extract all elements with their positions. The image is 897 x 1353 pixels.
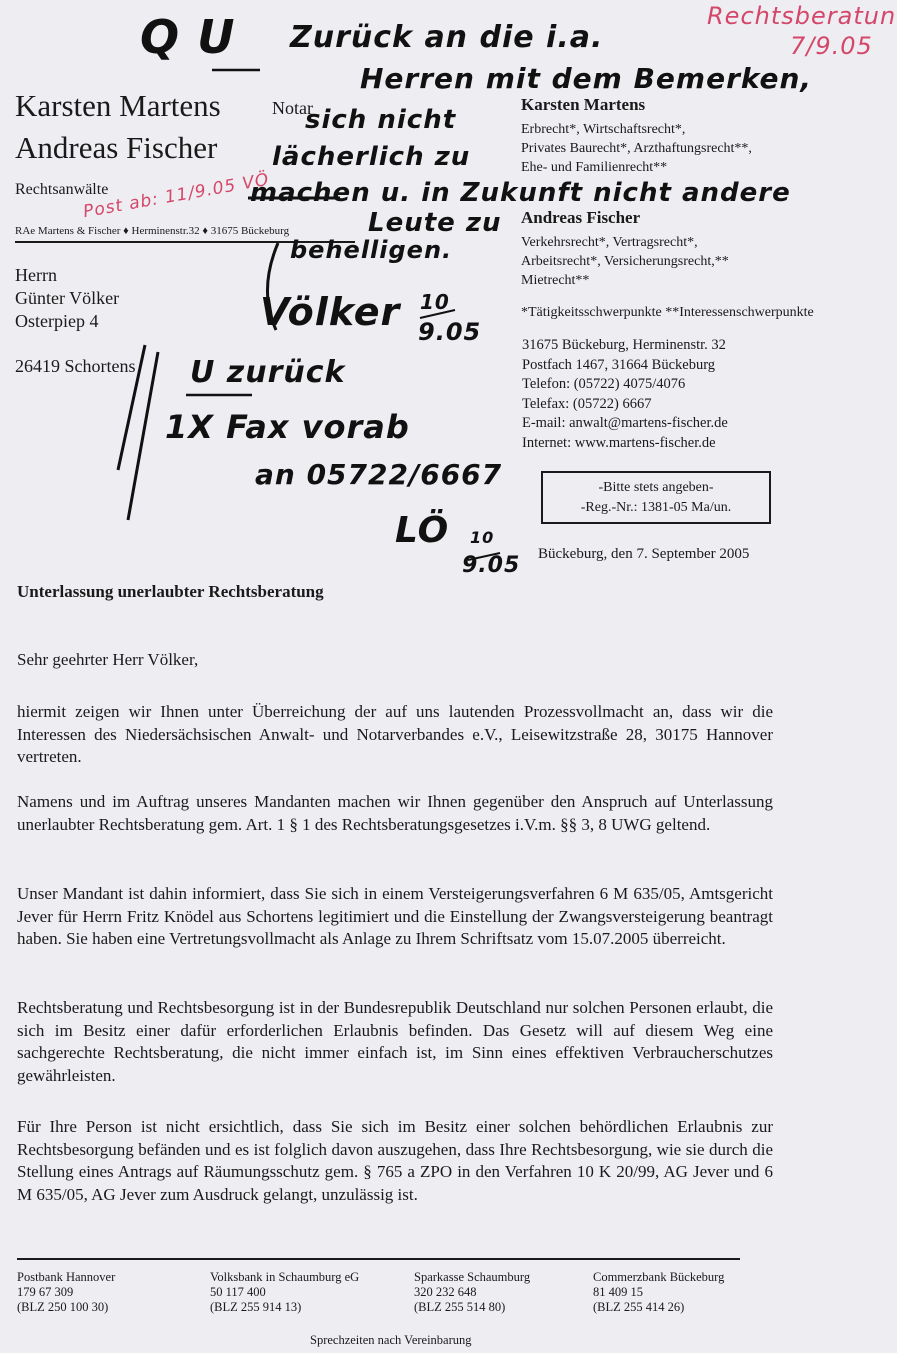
red-date-note: 7/9.05	[790, 32, 873, 60]
partner-area: Erbrecht*, Wirtschaftsrecht*,	[521, 120, 752, 139]
bank-account: 320 232 648	[414, 1285, 530, 1300]
bank-sparkasse: Sparkasse Schaumburg 320 232 648 (BLZ 25…	[414, 1270, 530, 1315]
bank-volksbank: Volksbank in Schaumburg eG 50 117 400 (B…	[210, 1270, 359, 1315]
handwritten-note: behelligen.	[290, 236, 452, 264]
recipient-name: Günter Völker	[15, 287, 136, 310]
recipient-city: 26419 Schortens	[15, 355, 136, 378]
partner-block-fischer: Andreas Fischer Verkehrsrecht*, Vertrags…	[521, 207, 729, 290]
bank-name: Postbank Hannover	[17, 1270, 115, 1285]
reference-box: -Bitte stets angeben- -Reg.-Nr.: 1381-05…	[541, 471, 771, 524]
partner-area: Verkehrsrecht*, Vertragsrecht*,	[521, 233, 729, 252]
signature-date-month: 9.05	[418, 318, 481, 346]
letter-subject: Unterlassung unerlaubter Rechtsberatung	[17, 582, 324, 602]
bank-blz: (BLZ 255 414 26)	[593, 1300, 724, 1315]
letter-date: Bückeburg, den 7. September 2005	[538, 546, 749, 563]
handwritten-instruction: 1X Fax vorab	[165, 408, 410, 446]
bank-name: Volksbank in Schaumburg eG	[210, 1270, 359, 1285]
bank-account: 50 117 400	[210, 1285, 359, 1300]
bank-name: Commerzbank Bückeburg	[593, 1270, 724, 1285]
partner-area: Ehe- und Familienrecht**	[521, 158, 752, 177]
bank-account: 81 409 15	[593, 1285, 724, 1300]
recipient-title: Herrn	[15, 264, 136, 287]
partner-name: Karsten Martens	[521, 94, 752, 116]
bank-blz: (BLZ 255 914 13)	[210, 1300, 359, 1315]
partner-name: Andreas Fischer	[521, 207, 729, 229]
bank-blz: (BLZ 255 514 80)	[414, 1300, 530, 1315]
footer-rule	[17, 1258, 740, 1260]
address: 31675 Bückeburg, Herminenstr. 32	[522, 336, 728, 356]
recipient-street: Osterpiep 4	[15, 310, 136, 333]
handwritten-note: Herren mit dem Bemerken,	[360, 62, 812, 95]
handwritten-note: Zurück an die i.a.	[290, 20, 603, 55]
firm-name-martens: Karsten Martens	[15, 88, 221, 124]
reference-note: -Bitte stets angeben-	[543, 478, 769, 498]
handwritten-note: lächerlich zu	[272, 142, 470, 172]
sender-return-line: RAe Martens & Fischer ♦ Herminenstr.32 ♦…	[15, 225, 289, 237]
bank-commerzbank: Commerzbank Bückeburg 81 409 15 (BLZ 255…	[593, 1270, 724, 1315]
handwritten-signature: Völker	[260, 290, 400, 334]
handwritten-marks: Q U	[140, 10, 235, 64]
partner-area: Privates Baurecht*, Arzthaftungsrecht**,	[521, 139, 752, 158]
bank-postbank: Postbank Hannover 179 67 309 (BLZ 250 10…	[17, 1270, 115, 1315]
initials-date-month: 9.05	[462, 553, 520, 578]
website-link[interactable]: Internet: www.martens-fischer.de	[522, 434, 728, 454]
paragraph: Namens und im Auftrag unseres Mandanten …	[17, 791, 773, 836]
office-hours: Sprechzeiten nach Vereinbarung	[310, 1333, 472, 1348]
red-topic-note: Rechtsberatung	[707, 2, 897, 30]
fax: Telefax: (05722) 6667	[522, 395, 728, 415]
firm-name-fischer: Andreas Fischer	[15, 130, 217, 166]
handwritten-initials: LÖ	[395, 510, 449, 551]
paragraph: Rechtsberatung und Rechtsbesorgung ist i…	[17, 997, 773, 1087]
partner-area: Mietrecht**	[521, 271, 729, 290]
paragraph: Unser Mandant ist dahin informiert, dass…	[17, 883, 773, 951]
red-post-note: Post ab: 11/9.05 VÖ	[82, 170, 271, 222]
paragraph: hiermit zeigen wir Ihnen unter Überreich…	[17, 701, 773, 769]
bank-account: 179 67 309	[17, 1285, 115, 1300]
specialty-legend: *Tätigkeitsschwerpunkte **Interessenschw…	[521, 303, 814, 322]
handwritten-note: Leute zu	[368, 208, 501, 238]
recipient-address: Herrn Günter Völker Osterpiep 4 26419 Sc…	[15, 264, 136, 378]
postfach: Postfach 1467, 31664 Bückeburg	[522, 356, 728, 376]
reference-number: -Reg.-Nr.: 1381-05 Ma/un.	[543, 498, 769, 518]
signature-date-day: 10	[420, 290, 450, 314]
firm-subtitle: Rechtsanwälte	[15, 181, 108, 199]
email-link[interactable]: E-mail: anwalt@martens-fischer.de	[522, 414, 728, 434]
contact-block: 31675 Bückeburg, Herminenstr. 32 Postfac…	[522, 336, 728, 453]
phone: Telefon: (05722) 4075/4076	[522, 375, 728, 395]
salutation: Sehr geehrter Herr Völker,	[17, 650, 198, 670]
bank-name: Sparkasse Schaumburg	[414, 1270, 530, 1285]
paragraph: Für Ihre Person ist nicht ersichtlich, d…	[17, 1116, 773, 1206]
handwritten-note: sich nicht	[305, 105, 456, 135]
handwritten-note: machen u. in Zukunft nicht andere	[250, 178, 791, 208]
partner-area: Arbeitsrecht*, Versicherungsrecht,**	[521, 252, 729, 271]
partner-block-martens: Karsten Martens Erbrecht*, Wirtschaftsre…	[521, 94, 752, 177]
initials-date-day: 10	[470, 528, 494, 547]
handwritten-instruction: U zurück	[190, 355, 346, 390]
bank-blz: (BLZ 250 100 30)	[17, 1300, 115, 1315]
handwritten-fax-number: an 05722/6667	[255, 458, 502, 491]
